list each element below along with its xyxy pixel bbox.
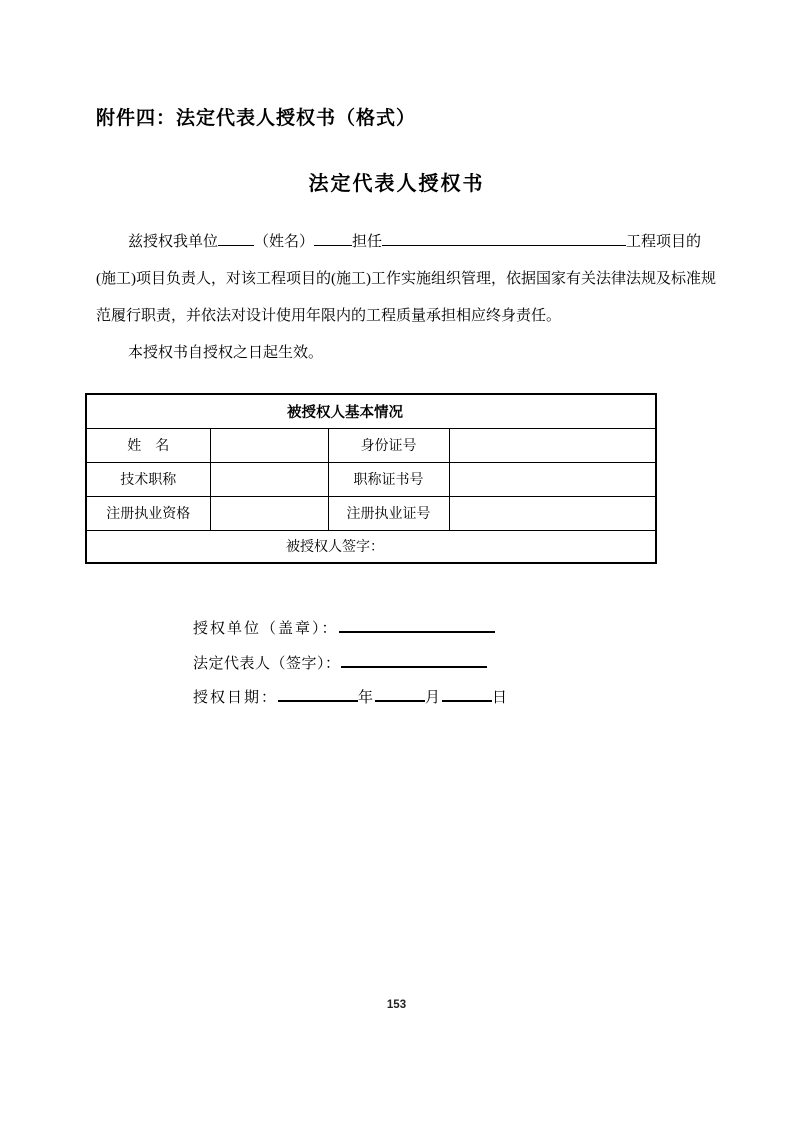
title-certificate-value-cell bbox=[449, 462, 656, 496]
unit-seal-blank bbox=[339, 630, 495, 633]
table-title: 被授权人基本情况 bbox=[86, 394, 656, 428]
effective-date-sentence: 本授权书自授权之日起生效。 bbox=[96, 343, 706, 363]
technical-title-label-cell: 技术职称 bbox=[86, 462, 210, 496]
paragraph-text-role: 担任 bbox=[352, 234, 382, 250]
title-certificate-label-cell: 职称证书号 bbox=[328, 462, 449, 496]
authorized-person-table: 被授权人基本情况 姓 名 身份证号 技术职称 职称证书号 注册执业资格 注册执业… bbox=[85, 393, 657, 564]
representative-signature-blank bbox=[341, 665, 487, 668]
signee-signature-row: 被授权人签字： bbox=[86, 530, 656, 563]
day-suffix: 日 bbox=[492, 690, 509, 706]
table-row: 技术职称 职称证书号 bbox=[86, 462, 656, 496]
id-number-value-cell bbox=[449, 428, 656, 462]
name-label-cell: 姓 名 bbox=[86, 428, 210, 462]
table-row: 注册执业资格 注册执业证号 bbox=[86, 496, 656, 530]
authorization-paragraph-line-1: 兹授权我单位（姓名）担任工程项目的 bbox=[96, 232, 706, 252]
name-placeholder: （姓名） bbox=[254, 234, 314, 250]
technical-title-value-cell bbox=[210, 462, 328, 496]
table-row: 姓 名 身份证号 bbox=[86, 428, 656, 462]
month-suffix: 月 bbox=[425, 690, 442, 706]
month-blank bbox=[375, 699, 425, 702]
registered-qualification-label-cell: 注册执业资格 bbox=[86, 496, 210, 530]
registered-certificate-label-cell: 注册执业证号 bbox=[328, 496, 449, 530]
authorizing-unit-label: 授权单位（盖章）： bbox=[193, 621, 339, 637]
day-blank bbox=[442, 699, 492, 702]
legal-representative-label: 法定代表人（签字）： bbox=[193, 656, 341, 672]
legal-representative-line: 法定代表人（签字）： bbox=[193, 654, 487, 674]
paragraph-text-unit: 兹授权我单位 bbox=[128, 234, 218, 250]
authorizing-unit-line: 授权单位（盖章）： bbox=[193, 619, 495, 639]
blank-project-name bbox=[382, 243, 626, 246]
registered-qualification-value-cell bbox=[210, 496, 328, 530]
name-value-cell bbox=[210, 428, 328, 462]
document-title: 法定代表人授权书 bbox=[0, 167, 793, 196]
page-number: 153 bbox=[0, 999, 793, 1011]
signee-signature-label: 被授权人签字： bbox=[86, 530, 656, 563]
registered-certificate-value-cell bbox=[449, 496, 656, 530]
year-suffix: 年 bbox=[358, 690, 375, 706]
authorization-paragraph-line-3: 范履行职责，并依法对设计使用年限内的工程质量承担相应终身责任。 bbox=[96, 306, 706, 326]
document-page: 附件四：法定代表人授权书（格式） 法定代表人授权书 兹授权我单位（姓名）担任工程… bbox=[0, 0, 793, 1122]
authorization-date-line: 授权日期：年月日 bbox=[193, 688, 509, 708]
attachment-heading: 附件四：法定代表人授权书（格式） bbox=[96, 103, 416, 130]
authorization-date-label: 授权日期： bbox=[193, 690, 278, 706]
blank-before-name bbox=[218, 243, 254, 246]
year-blank bbox=[278, 699, 358, 702]
paragraph-text-project: 工程项目的 bbox=[626, 234, 701, 250]
blank-after-name bbox=[314, 243, 352, 246]
authorization-paragraph-line-2: (施工)项目负责人，对该工程项目的(施工)工作实施组织管理，依据国家有关法律法规… bbox=[96, 269, 706, 289]
table-title-row: 被授权人基本情况 bbox=[86, 394, 656, 428]
id-number-label-cell: 身份证号 bbox=[328, 428, 449, 462]
